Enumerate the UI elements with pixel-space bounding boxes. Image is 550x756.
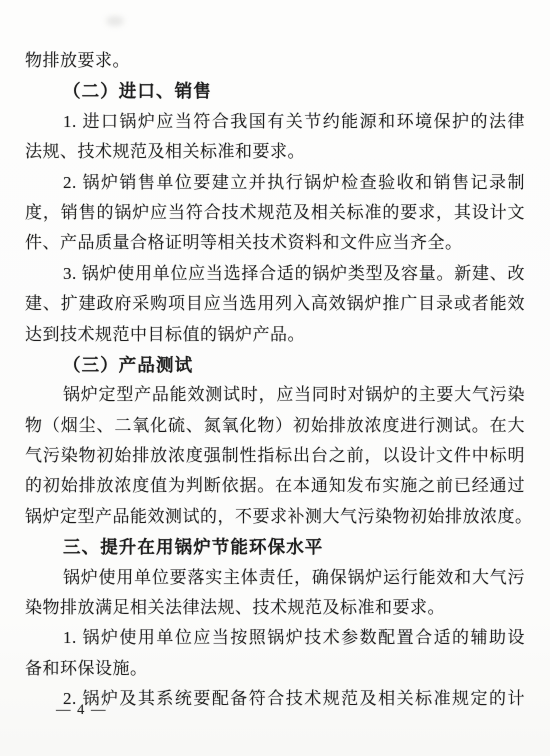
section-heading: 三、提升在用锅炉节能环保水平 [25, 532, 525, 562]
text-line: 锅炉定型产品能效测试时，应当同时对锅炉的主要大气污染 [25, 380, 525, 410]
document-body: 物排放要求。（二）进口、销售1. 进口锅炉应当符合我国有关节约能源和环境保护的法… [25, 46, 525, 715]
text-line: 锅炉定型产品能效测试的，不要求补测大气污染物初始排放浓度。 [25, 502, 525, 532]
section-heading: （三）产品测试 [25, 350, 525, 380]
text-line: 物（烟尘、二氧化硫、氮氧化物）初始排放浓度进行测试。在大 [25, 411, 525, 441]
text-line: 备和环保设施。 [25, 654, 525, 684]
text-line: 件、产品质量合格证明等相关技术资料和文件应当齐全。 [25, 228, 525, 258]
text-line: 建、扩建政府采购项目应当选用列入高效锅炉推广目录或者能效 [25, 289, 525, 319]
scan-smudge [106, 16, 124, 26]
text-line: 2. 锅炉销售单位要建立并执行锅炉检查验收和销售记录制 [25, 168, 525, 198]
text-line: 锅炉使用单位要落实主体责任，确保锅炉运行能效和大气污 [25, 563, 525, 593]
text-line: 1. 进口锅炉应当符合我国有关节约能源和环境保护的法律 [25, 107, 525, 137]
page-number: — 4 — [56, 700, 107, 720]
text-line: 3. 锅炉使用单位应当选择合适的锅炉类型及容量。新建、改 [25, 259, 525, 289]
text-line: 染物排放满足相关法律法规、技术规范及标准和要求。 [25, 593, 525, 623]
text-line: 物排放要求。 [25, 46, 525, 76]
text-line: 度，销售的锅炉应当符合技术规范及相关标准的要求，其设计文 [25, 198, 525, 228]
text-line: 气污染物初始排放浓度强制性指标出台之前，以设计文件中标明 [25, 441, 525, 471]
text-line: 达到技术规范中目标值的锅炉产品。 [25, 320, 525, 350]
document-page: 物排放要求。（二）进口、销售1. 进口锅炉应当符合我国有关节约能源和环境保护的法… [0, 0, 550, 756]
section-heading: （二）进口、销售 [25, 76, 525, 106]
text-line: 法规、技术规范及相关标准和要求。 [25, 137, 525, 167]
text-line: 1. 锅炉使用单位应当按照锅炉技术参数配置合适的辅助设 [25, 623, 525, 653]
text-line: 的初始排放浓度值为判断依据。在本通知发布实施之前已经通过 [25, 471, 525, 501]
